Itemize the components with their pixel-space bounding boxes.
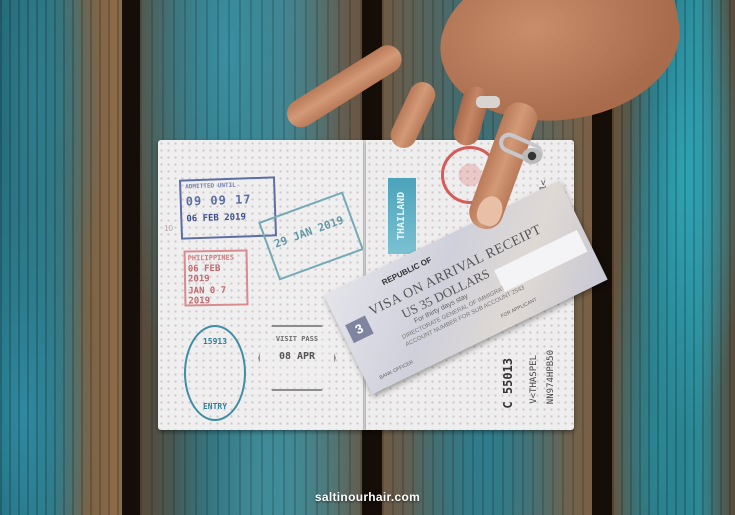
receipt-applicant-label: FOR APPLICANT (500, 297, 538, 320)
watermark: saltinourhair.com (0, 490, 735, 504)
plank-gap (122, 0, 140, 515)
ring-face-icon (522, 148, 542, 164)
photo-scene: 10 ADMITTED UNTIL 09 09 17 06 FEB 2019 P… (0, 0, 735, 515)
receipt-number-badge: 3 (345, 316, 374, 344)
immigration-stamp-philippines: PHILIPPINES 06 FEB 2019 JAN 0 7 2019 (184, 249, 249, 306)
thailand-visa-label: THAILAND (388, 178, 416, 254)
mrz-line: NN974HPB50 (546, 350, 556, 404)
passport-left-page: 10 ADMITTED UNTIL 09 09 17 06 FEB 2019 P… (158, 140, 364, 430)
mrz-line: V<THASPEL (529, 355, 539, 404)
mrz-line: C 55013 (501, 358, 515, 409)
entry-stamp-oval: 15913 ENTRY (184, 325, 246, 421)
wood-plank (0, 0, 122, 515)
ring-jewelry-icon (476, 96, 500, 108)
page-number: 10 (164, 224, 173, 233)
visit-pass-stamp: VISIT PASS 08 APR (258, 325, 336, 391)
